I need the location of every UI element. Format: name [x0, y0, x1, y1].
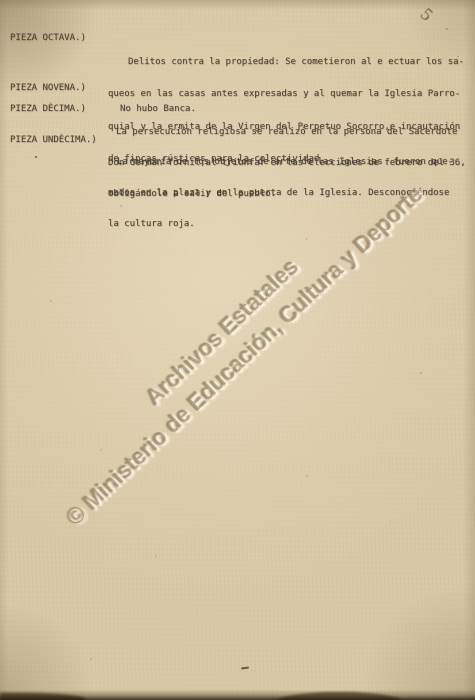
- paper-speck: [50, 300, 52, 302]
- section-label: PIEZA UNDÈCIMA.): [10, 135, 97, 145]
- paper-smudge-dash: [241, 666, 249, 669]
- paper-speck: [306, 475, 308, 477]
- paper-speck: [306, 238, 307, 240]
- paper-speck: [90, 658, 92, 660]
- text-line: La mayoría de los objetos de arte de las…: [108, 157, 453, 168]
- section-label: PIEZA NOVENA.): [10, 83, 86, 93]
- page-number-annotation: 5: [416, 4, 437, 26]
- page-bottom-edge-shadow: [0, 686, 475, 700]
- scanned-document-page: 5 PIEZA OCTAVA.) Delitos contra la propi…: [0, 0, 475, 700]
- paper-speck: [35, 156, 37, 158]
- text-line: la cultura roja.: [108, 219, 453, 230]
- paper-speck: [196, 612, 198, 613]
- text-line: Delitos contra la propiedad: Se cometier…: [108, 56, 464, 68]
- paper-speck: [100, 449, 102, 451]
- paper-speck: [155, 555, 157, 557]
- paper-speck: [120, 205, 122, 207]
- paper-speck: [446, 28, 448, 30]
- section-paragraph: La mayoría de los objetos de arte de las…: [108, 137, 453, 251]
- paper-speck: [390, 520, 391, 522]
- section-label: PIEZA DÈCIMA.): [10, 104, 86, 114]
- section-label: PIEZA OCTAVA.): [10, 33, 86, 43]
- paper-speck: [420, 372, 422, 374]
- text-line: mados en la plaza y en la puerta de la I…: [108, 188, 453, 199]
- paper-speck: [457, 56, 459, 57]
